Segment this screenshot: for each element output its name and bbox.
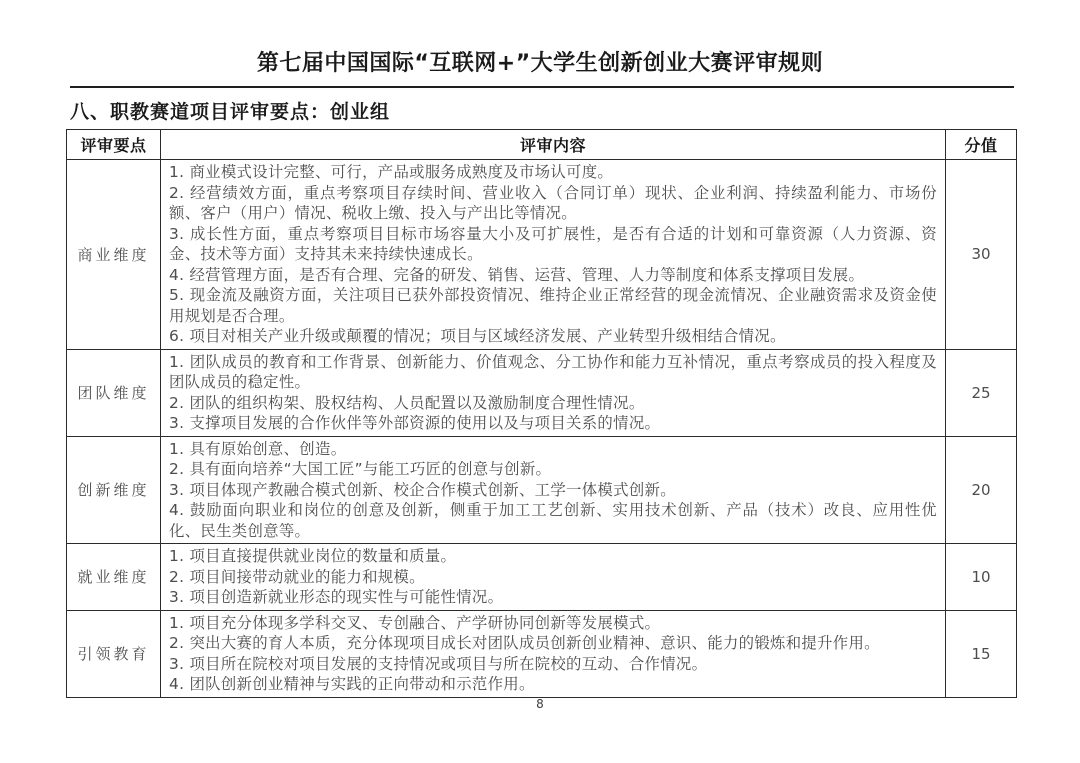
criterion-label: 商业维度	[67, 160, 161, 350]
score-value: 10	[946, 544, 1017, 611]
content-item: 3. 成长性方面，重点考察项目目标市场容量大小及可扩展性，是否有合适的计划和可靠…	[169, 224, 937, 265]
content-item: 4. 经营管理方面，是否有合理、完备的研发、销售、运营、管理、人力等制度和体系支…	[169, 265, 937, 286]
header-content: 评审内容	[161, 130, 946, 160]
content-item: 1. 项目直接提供就业岗位的数量和质量。	[169, 546, 937, 567]
criterion-content: 1. 团队成员的教育和工作背景、创新能力、价值观念、分工协作和能力互补情况，重点…	[161, 349, 946, 436]
criterion-label: 创新维度	[67, 436, 161, 544]
table-header-row: 评审要点 评审内容 分值	[67, 130, 1017, 160]
criterion-content: 1. 项目直接提供就业岗位的数量和质量。2. 项目间接带动就业的能力和规模。3.…	[161, 544, 946, 611]
header-criterion: 评审要点	[67, 130, 161, 160]
content-item: 3. 项目创造新就业形态的现实性与可能性情况。	[169, 587, 937, 608]
criterion-content: 1. 具有原始创意、创造。2. 具有面向培养“大国工匠”与能工巧匠的创意与创新。…	[161, 436, 946, 544]
score-value: 30	[946, 160, 1017, 350]
title-divider	[70, 86, 1014, 88]
table-row-employment: 就业维度 1. 项目直接提供就业岗位的数量和质量。2. 项目间接带动就业的能力和…	[67, 544, 1017, 611]
content-item: 2. 经营绩效方面，重点考察项目存续时间、营业收入（合同订单）现状、企业利润、持…	[169, 183, 937, 224]
content-item: 1. 商业模式设计完整、可行，产品或服务成熟度及市场认可度。	[169, 162, 937, 183]
criterion-content: 1. 商业模式设计完整、可行，产品或服务成熟度及市场认可度。2. 经营绩效方面，…	[161, 160, 946, 350]
section-heading: 八、职教赛道项目评审要点：创业组	[70, 97, 1080, 124]
content-item: 2. 突出大赛的育人本质，充分体现项目成长对团队成员创新创业精神、意识、能力的锻…	[169, 633, 937, 654]
table-row-innovation: 创新维度 1. 具有原始创意、创造。2. 具有面向培养“大国工匠”与能工巧匠的创…	[67, 436, 1017, 544]
content-item: 4. 鼓励面向职业和岗位的创意及创新，侧重于加工工艺创新、实用技术创新、产品（技…	[169, 500, 937, 541]
document-title: 第七届中国国际“互联网+”大学生创新创业大赛评审规则	[0, 0, 1080, 77]
content-item: 4. 团队创新创业精神与实践的正向带动和示范作用。	[169, 674, 937, 695]
table-row-business: 商业维度 1. 商业模式设计完整、可行，产品或服务成熟度及市场认可度。2. 经营…	[67, 160, 1017, 350]
criterion-label: 团队维度	[67, 349, 161, 436]
content-item: 3. 支撑项目发展的合作伙伴等外部资源的使用以及与项目关系的情况。	[169, 413, 937, 434]
page-number: 8	[0, 697, 1080, 711]
document-page: 第七届中国国际“互联网+”大学生创新创业大赛评审规则 八、职教赛道项目评审要点：…	[0, 0, 1080, 763]
content-item: 5. 现金流及融资方面，关注项目已获外部投资情况、维持企业正常经营的现金流情况、…	[169, 285, 937, 326]
review-table: 评审要点 评审内容 分值 商业维度 1. 商业模式设计完整、可行，产品或服务成熟…	[66, 129, 1017, 698]
criterion-label: 引领教育	[67, 610, 161, 697]
table-row-team: 团队维度 1. 团队成员的教育和工作背景、创新能力、价值观念、分工协作和能力互补…	[67, 349, 1017, 436]
score-value: 20	[946, 436, 1017, 544]
score-value: 25	[946, 349, 1017, 436]
content-item: 1. 项目充分体现多学科交叉、专创融合、产学研协同创新等发展模式。	[169, 613, 937, 634]
criterion-label: 就业维度	[67, 544, 161, 611]
content-item: 2. 项目间接带动就业的能力和规模。	[169, 567, 937, 588]
score-value: 15	[946, 610, 1017, 697]
content-item: 1. 具有原始创意、创造。	[169, 439, 937, 460]
content-item: 3. 项目体现产教融合模式创新、校企合作模式创新、工学一体模式创新。	[169, 480, 937, 501]
table-row-education: 引领教育 1. 项目充分体现多学科交叉、专创融合、产学研协同创新等发展模式。2.…	[67, 610, 1017, 697]
content-item: 2. 具有面向培养“大国工匠”与能工巧匠的创意与创新。	[169, 459, 937, 480]
content-item: 6. 项目对相关产业升级或颠覆的情况；项目与区域经济发展、产业转型升级相结合情况…	[169, 326, 937, 347]
content-item: 1. 团队成员的教育和工作背景、创新能力、价值观念、分工协作和能力互补情况，重点…	[169, 352, 937, 393]
criterion-content: 1. 项目充分体现多学科交叉、专创融合、产学研协同创新等发展模式。2. 突出大赛…	[161, 610, 946, 697]
header-score: 分值	[946, 130, 1017, 160]
content-item: 2. 团队的组织构架、股权结构、人员配置以及激励制度合理性情况。	[169, 393, 937, 414]
content-item: 3. 项目所在院校对项目发展的支持情况或项目与所在院校的互动、合作情况。	[169, 654, 937, 675]
